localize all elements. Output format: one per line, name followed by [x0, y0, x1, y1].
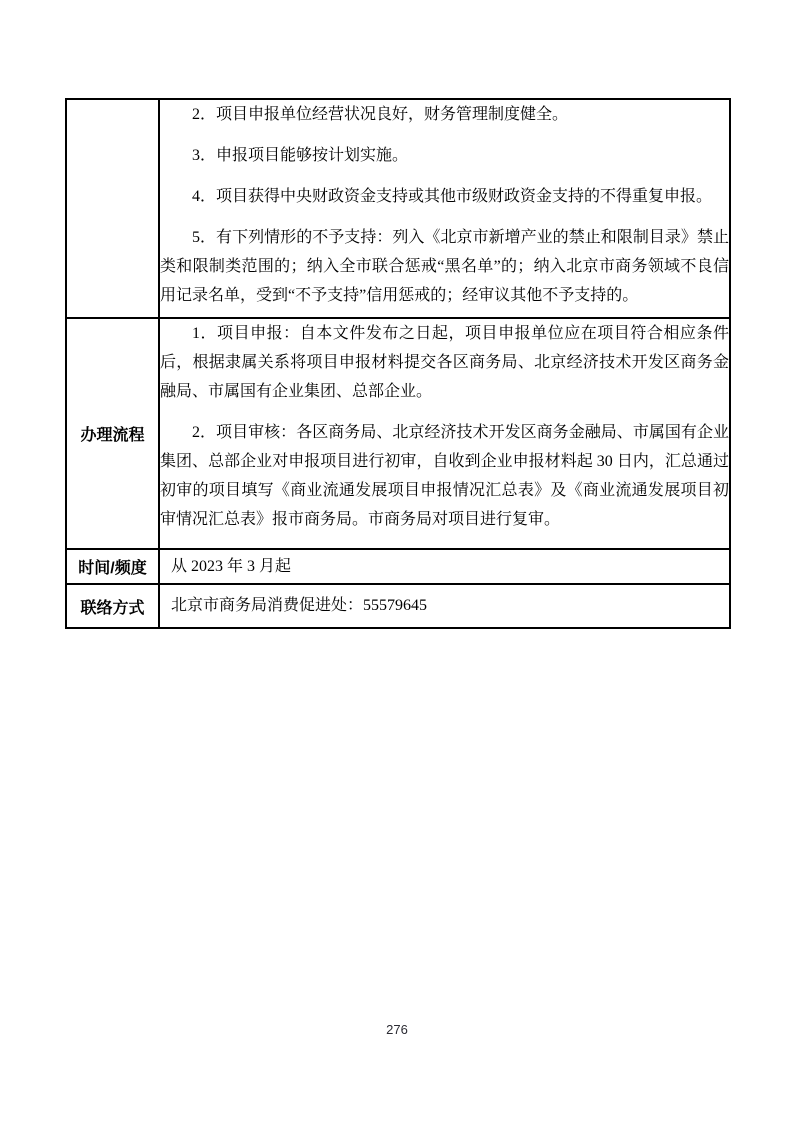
- row-content-conditions: 2．项目申报单位经营状况良好，财务管理制度健全。 3．申报项目能够按计划实施。 …: [159, 99, 730, 318]
- paragraph: 5．有下列情形的不予支持：列入《北京市新增产业的禁止和限制目录》禁止类和限制类范…: [160, 223, 729, 310]
- table-row-contact: 联络方式 北京市商务局消费促进处：55579645: [66, 584, 730, 628]
- row-content-process: 1．项目申报：自本文件发布之日起，项目申报单位应在项目符合相应条件后，根据隶属关…: [159, 318, 730, 549]
- paragraph: 2．项目申报单位经营状况良好，财务管理制度健全。: [160, 100, 729, 129]
- row-label-time: 时间/频度: [66, 549, 159, 584]
- paragraph: 2．项目审核：各区商务局、北京经济技术开发区商务金融局、市属国有企业集团、总部企…: [160, 418, 729, 534]
- table-row-conditions: 2．项目申报单位经营状况良好，财务管理制度健全。 3．申报项目能够按计划实施。 …: [66, 99, 730, 318]
- paragraph: 从 2023 年 3 月起: [171, 556, 718, 578]
- row-content-time: 从 2023 年 3 月起: [159, 549, 730, 584]
- paragraph: 3．申报项目能够按计划实施。: [160, 141, 729, 170]
- table-row-process: 办理流程 1．项目申报：自本文件发布之日起，项目申报单位应在项目符合相应条件后，…: [66, 318, 730, 549]
- page-number: 276: [0, 1022, 794, 1037]
- row-label-process: 办理流程: [66, 318, 159, 549]
- page: 2．项目申报单位经营状况良好，财务管理制度健全。 3．申报项目能够按计划实施。 …: [0, 0, 794, 1123]
- paragraph: 北京市商务局消费促进处：55579645: [171, 595, 718, 617]
- row-label-empty: [66, 99, 159, 318]
- info-table: 2．项目申报单位经营状况良好，财务管理制度健全。 3．申报项目能够按计划实施。 …: [65, 98, 731, 629]
- document-page: { "footer": { "page_number": "276" }, "t…: [0, 0, 794, 1123]
- paragraph: 1．项目申报：自本文件发布之日起，项目申报单位应在项目符合相应条件后，根据隶属关…: [160, 319, 729, 406]
- row-label-contact: 联络方式: [66, 584, 159, 628]
- table-row-time: 时间/频度 从 2023 年 3 月起: [66, 549, 730, 584]
- row-content-contact: 北京市商务局消费促进处：55579645: [159, 584, 730, 628]
- paragraph: 4．项目获得中央财政资金支持或其他市级财政资金支持的不得重复申报。: [160, 182, 729, 211]
